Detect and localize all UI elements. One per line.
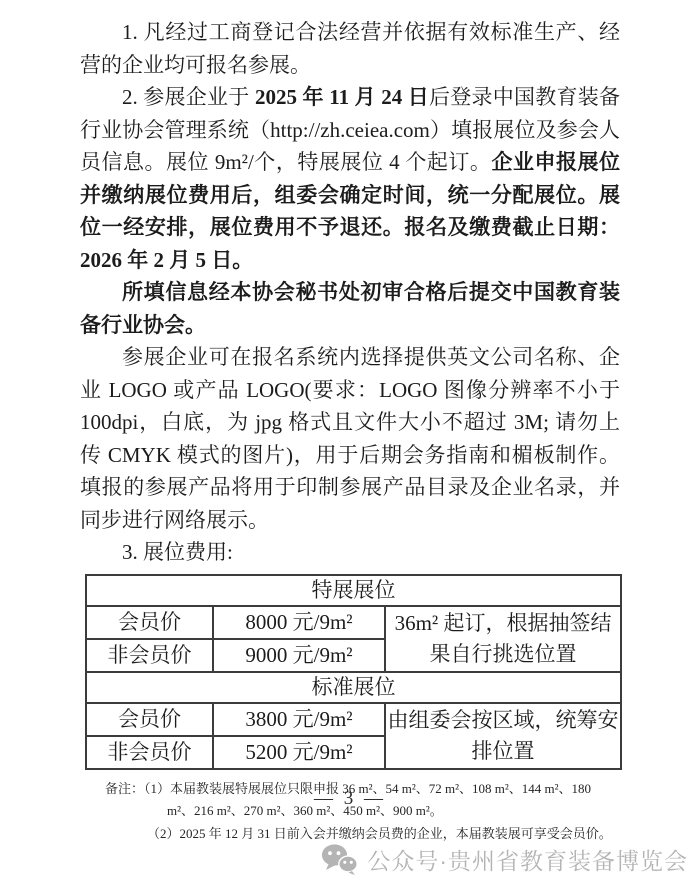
paragraph: 2. 参展企业于 2025 年 11 月 24 日后登录中国教育装备行业协会管理… [80, 81, 620, 276]
document-page: 1. 凡经过工商登记合法经营并依据有效标准生产、经营的企业均可报名参展。2. 参… [0, 0, 700, 889]
footer: 公众号·贵州省教育装备博览会 [321, 843, 688, 876]
text-run-bold: 2025 年 11 月 24 日 [255, 85, 429, 109]
paragraph: 1. 凡经过工商登记合法经营并依据有效标准生产、经营的企业均可报名参展。 [80, 16, 620, 81]
price-category-cell: 非会员价 [86, 639, 213, 672]
allocation-note-cell: 36m² 起订，根据抽签结果自行挑选位置 [385, 606, 621, 672]
paragraph: 参展企业可在报名系统内选择提供英文公司名称、企业 LOGO 或产品 LOGO(要… [80, 341, 620, 536]
remark-note: （2）2025 年 12 月 31 日前入会并缴纳会员费的企业，本届教装展可享受… [80, 823, 620, 846]
text-run: 参展企业可在报名系统内选择提供英文公司名称、企业 LOGO 或产品 LOGO(要… [80, 345, 620, 532]
price-category-cell: 会员价 [86, 703, 213, 736]
paragraph: 所填信息经本协会秘书处初审合格后提交中国教育装备行业协会。 [80, 276, 620, 341]
text-run-bold: 所填信息经本协会秘书处初审合格后提交中国教育装备行业协会。 [80, 280, 620, 337]
price-category-cell: 非会员价 [86, 736, 213, 769]
booth-fee-table: 特展展位会员价8000 元/9m²36m² 起订，根据抽签结果自行挑选位置非会员… [85, 574, 622, 770]
table-section-title-row: 标准展位 [86, 672, 621, 703]
text-run: 1. 凡经过工商登记合法经营并依据有效标准生产、经营的企业均可报名参展。 [80, 20, 620, 77]
text-run: 3. 展位费用: [122, 540, 233, 564]
allocation-note-cell: 由组委会按区域，统筹安排位置 [385, 703, 621, 769]
document-body: 1. 凡经过工商登记合法经营并依据有效标准生产、经营的企业均可报名参展。2. 参… [80, 16, 620, 569]
table-row: 会员价8000 元/9m²36m² 起订，根据抽签结果自行挑选位置 [86, 606, 621, 639]
price-value-cell: 8000 元/9m² [213, 606, 385, 639]
booth-fee-table-body: 特展展位会员价8000 元/9m²36m² 起订，根据抽签结果自行挑选位置非会员… [86, 575, 621, 769]
text-run: 2. 参展企业于 [122, 85, 255, 109]
table-section-title: 标准展位 [86, 672, 621, 703]
page-number: — 3 — [0, 788, 700, 810]
price-value-cell: 9000 元/9m² [213, 639, 385, 672]
price-value-cell: 3800 元/9m² [213, 703, 385, 736]
paragraph: 3. 展位费用: [80, 536, 620, 569]
price-value-cell: 5200 元/9m² [213, 736, 385, 769]
footer-label: 公众号·贵州省教育装备博览会 [367, 843, 688, 876]
wechat-icon [321, 844, 358, 875]
price-category-cell: 会员价 [86, 606, 213, 639]
document-content: 1. 凡经过工商登记合法经营并依据有效标准生产、经营的企业均可报名参展。2. 参… [80, 16, 620, 845]
table-row: 会员价3800 元/9m²由组委会按区域，统筹安排位置 [86, 703, 621, 736]
table-section-title: 特展展位 [86, 575, 621, 606]
table-section-title-row: 特展展位 [86, 575, 621, 606]
